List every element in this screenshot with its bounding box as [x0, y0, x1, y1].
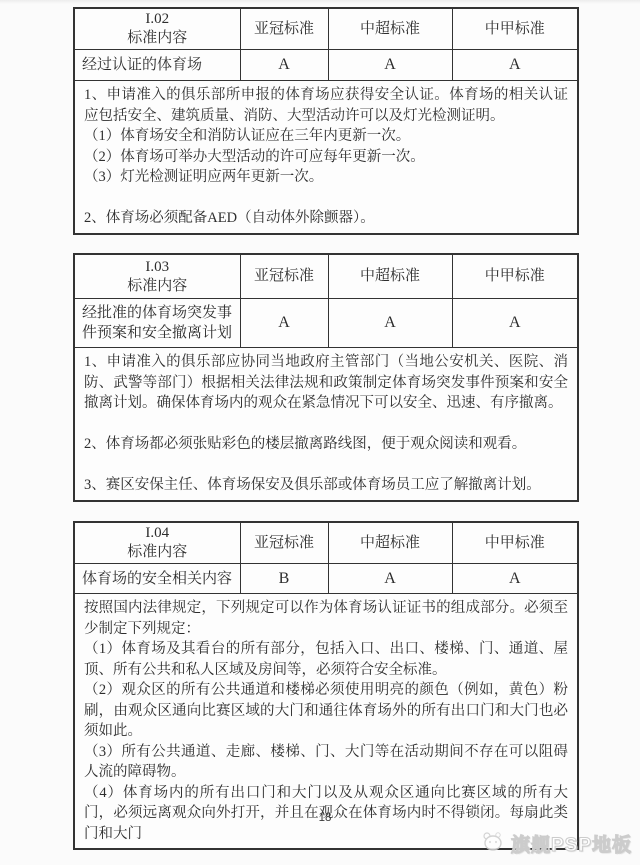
col-header-csl: 中超标准 — [328, 522, 452, 564]
col-header-afc: 亚冠标准 — [240, 254, 328, 299]
col-header-league-one: 中甲标准 — [452, 254, 578, 299]
page-number: 18 — [73, 812, 577, 824]
table-code: I.04 — [76, 524, 239, 543]
document-page: I.02 标准内容 亚冠标准 中超标准 中甲标准 经过认证的体育场 A A A … — [0, 0, 640, 865]
col-header-league-one: 中甲标准 — [452, 8, 578, 50]
col-header-league-one: 中甲标准 — [452, 522, 578, 564]
grade-league-one: A — [452, 299, 578, 348]
criterion-description: 1、申请准入的俱乐部应协同当地政府主管部门（当地公安机关、医院、消防、武警等部门… — [74, 348, 578, 501]
grade-league-one: A — [452, 564, 578, 594]
table-code-subtitle: 标准内容 — [76, 277, 239, 296]
standards-table-i02: I.02 标准内容 亚冠标准 中超标准 中甲标准 经过认证的体育场 A A A … — [73, 7, 579, 235]
grade-csl: A — [328, 299, 452, 348]
col-header-csl: 中超标准 — [328, 8, 452, 50]
criterion-label: 体育场的安全相关内容 — [74, 564, 240, 594]
table-code: I.02 — [76, 10, 239, 29]
table-code-cell: I.02 标准内容 — [74, 8, 240, 50]
col-header-csl: 中超标准 — [328, 254, 452, 299]
watermark: 旗舰PSP地板 — [480, 830, 632, 857]
grade-afc: A — [240, 299, 328, 348]
table-code-cell: I.03 标准内容 — [74, 254, 240, 299]
criterion-label: 经过认证的体育场 — [74, 50, 240, 81]
col-header-afc: 亚冠标准 — [240, 522, 328, 564]
criterion-description: 按照国内法律规定，下列规定可以作为体育场认证证书的组成部分。必须至少制定下列规定… — [74, 594, 578, 850]
grade-league-one: A — [452, 50, 578, 81]
grade-afc: A — [240, 50, 328, 81]
table-code: I.03 — [76, 258, 239, 277]
grade-csl: A — [328, 564, 452, 594]
grade-afc: B — [240, 564, 328, 594]
standards-table-i04: I.04 标准内容 亚冠标准 中超标准 中甲标准 体育场的安全相关内容 B A … — [73, 521, 579, 850]
panda-logo-icon — [480, 830, 506, 857]
col-header-afc: 亚冠标准 — [240, 8, 328, 50]
criterion-label: 经批准的体育场突发事件预案和安全撤离计划 — [74, 299, 240, 348]
grade-csl: A — [328, 50, 452, 81]
table-code-cell: I.04 标准内容 — [74, 522, 240, 564]
table-code-subtitle: 标准内容 — [76, 543, 239, 562]
standards-table-i03: I.03 标准内容 亚冠标准 中超标准 中甲标准 经批准的体育场突发事件预案和安… — [73, 253, 579, 502]
table-code-subtitle: 标准内容 — [76, 29, 239, 48]
criterion-description: 1、申请准入的俱乐部所申报的体育场应获得安全认证。体育场的相关认证应包括安全、建… — [74, 81, 578, 234]
watermark-text: 旗舰PSP地板 — [511, 830, 632, 857]
